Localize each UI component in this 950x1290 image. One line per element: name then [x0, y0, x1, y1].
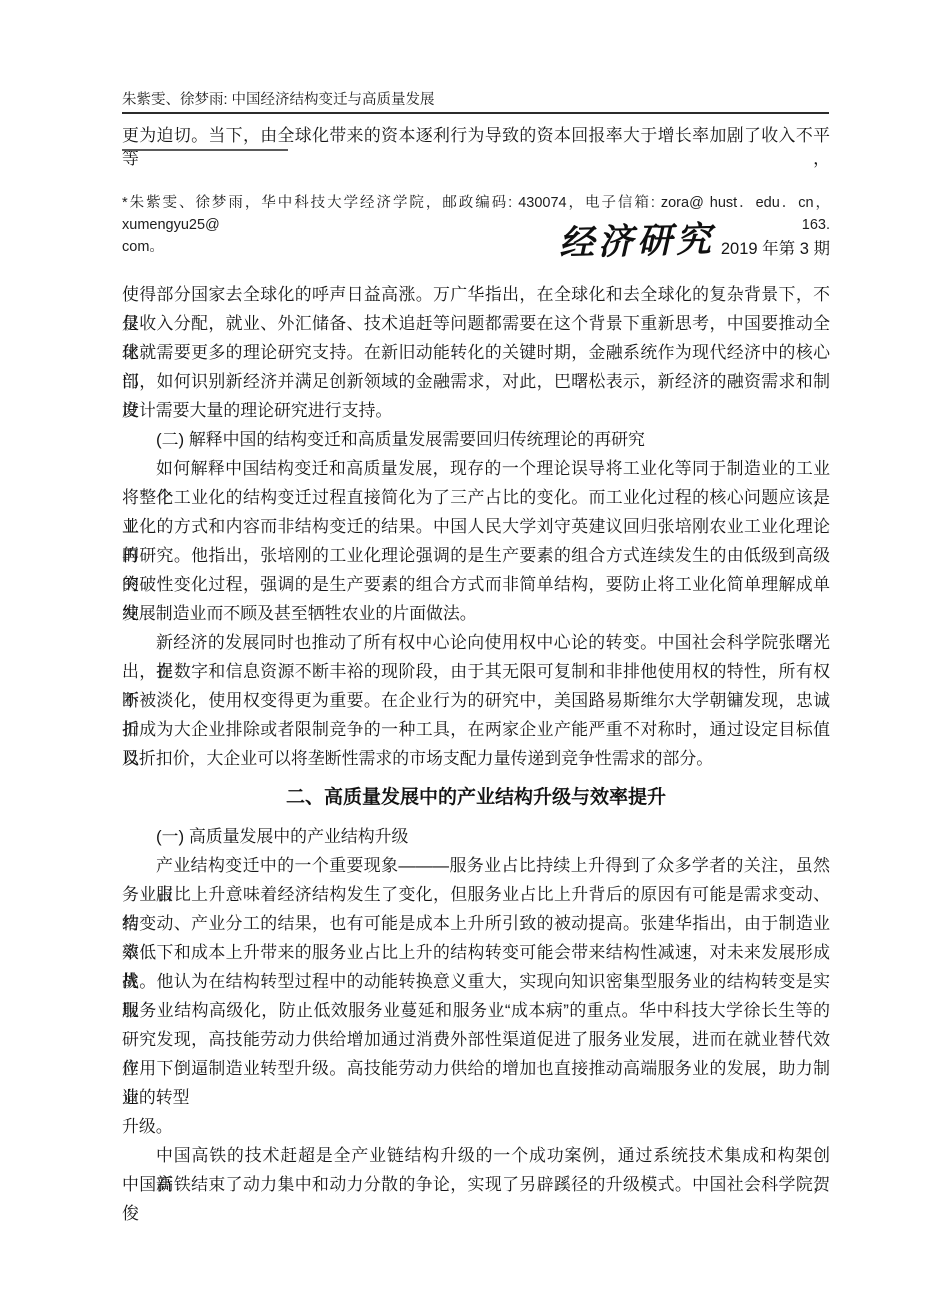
- journal-logo-calligraphy: 经济研究: [558, 220, 715, 264]
- body-line: 发展制造业而不顾及甚至牺牲农业的片面做法。: [122, 599, 830, 628]
- body-line: 务业占比上升意味着经济结构发生了变化，但服务业占比上升背后的原因有可能是需求变动…: [122, 880, 830, 909]
- body-line: 是收入分配，就业、外汇储备、技术追赶等问题都需要在这个背景下重新思考，中国要推动…: [122, 309, 830, 338]
- body-line: 扣成为大企业排除或者限制竞争的一种工具，在两家企业产能严重不对称时，通过设定目标…: [122, 715, 830, 744]
- body-line: 使得部分国家去全球化的呼声日益高涨。万广华指出，在全球化和去全球化的复杂背景下，…: [122, 280, 830, 309]
- body-line: 业的转型: [122, 1083, 830, 1112]
- body-line: 将整个工业化的结构变迁过程直接简化为了三产占比的变化。而工业化过程的核心问题应该…: [122, 483, 830, 512]
- body-line: 新经济的发展同时也推动了所有权中心论向使用权中心论的转变。中国社会科学院张曙光提: [122, 628, 830, 657]
- body-line: 中国高铁结束了动力集中和动力分散的争论，实现了另辟蹊径的升级模式。中国社会科学院…: [122, 1170, 830, 1199]
- page: 朱紫雯、徐梦雨: 中国经济结构变迁与高质量发展 更为迫切。当下，由全球化带来的资…: [0, 0, 950, 1290]
- body-line: 突破性变化过程，强调的是生产要素的组合方式而非简单结构，要防止将工业化简单理解成…: [122, 570, 830, 599]
- body-line: (一) 高质量发展中的产业结构升级: [122, 822, 830, 851]
- body-line: 如何解释中国结构变迁和高质量发展，现存的一个理论误导将工业化等同于制造业的工业化…: [122, 454, 830, 483]
- body-line: 服务业结构高级化，防止低效服务业蔓延和服务业“成本病”的重点。华中科技大学徐长生…: [122, 996, 830, 1025]
- running-header: 朱紫雯、徐梦雨: 中国经济结构变迁与高质量发展: [122, 91, 830, 110]
- body-line: 业化的方式和内容而非结构变迁的结果。中国人民大学刘守英建议回归张培刚农业工业化理…: [122, 512, 830, 541]
- footnote-separator: [122, 149, 288, 151]
- header-rule: [122, 112, 829, 114]
- body-line: 产业结构变迁中的一个重要现象———服务业占比持续上升得到了众多学者的关注，虽然服: [122, 851, 830, 880]
- body-line: 研究发现，高技能劳动力供给增加通过消费外部性渠道促进了服务业发展，进而在就业替代…: [122, 1025, 830, 1054]
- opening-line: 更为迫切。当下，由全球化带来的资本逐利行为导致的资本回报率大于增长率加剧了收入不…: [122, 124, 830, 170]
- body-line: 出，在数字和信息资源不断丰裕的现阶段，由于其无限可复制和非排他使用权的特性，所有…: [122, 657, 830, 686]
- body-line: 构变动、产业分工的结果，也有可能是成本上升所引致的被动提高。张建华指出，由于制造…: [122, 909, 830, 938]
- section-heading: 二、高质量发展中的产业结构升级与效率提升: [122, 783, 830, 812]
- article-body: 使得部分国家去全球化的呼声日益高涨。万广华指出，在全球化和去全球化的复杂背景下，…: [122, 280, 830, 1199]
- body-line: 断被淡化，使用权变得更为重要。在企业行为的研究中，美国路易斯维尔大学朝镛发现，忠…: [122, 686, 830, 715]
- body-line: 升级。: [122, 1112, 830, 1141]
- body-line: 战。他认为在结构转型过程中的动能转换意义重大，实现向知识密集型服务业的结构转变是…: [122, 967, 830, 996]
- body-line: 再研究。他指出，张培刚的工业化理论强调的是生产要素的组合方式连续发生的由低级到高…: [122, 541, 830, 570]
- body-line: (二) 解释中国的结构变迁和高质量发展需要回归传统理论的再研究: [122, 425, 830, 454]
- body-line: 及折扣价，大企业可以将垄断性需求的市场支配力量传递到竞争性需求的部分。: [122, 744, 830, 773]
- body-line: 率低下和成本上升带来的服务业占比上升的结构转变可能会带来结构性减速，对未来发展形…: [122, 938, 830, 967]
- body-line: 作用下倒逼制造业转型升级。高技能劳动力供给的增加也直接推动高端服务业的发展，助力…: [122, 1054, 830, 1083]
- body-line: 门，如何识别新经济并满足创新领域的金融需求，对此，巴曙松表示，新经济的融资需求和…: [122, 367, 830, 396]
- journal-mark: 经济研究 2019 年第 3 期: [559, 222, 830, 262]
- body-line: 中国高铁的技术赶超是全产业链结构升级的一个成功案例，通过系统技术集成和构架创新，: [122, 1141, 830, 1170]
- body-line: 化就需要更多的理论研究支持。在新旧动能转化的关键时期，金融系统作为现代经济中的核…: [122, 338, 830, 367]
- journal-issue-label: 2019 年第 3 期: [715, 238, 830, 262]
- body-line: 设计需要大量的理论研究进行支持。: [122, 396, 830, 425]
